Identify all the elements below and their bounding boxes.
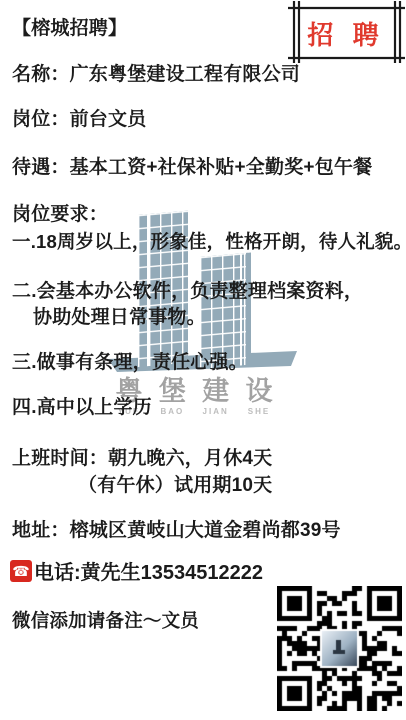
watermark-char-cell: 堡 BAO xyxy=(151,376,193,416)
company-line: 名称：广东粤堡建设工程有限公司 xyxy=(12,59,300,86)
phone-row: ☎ 电话: 黄先生13534512222 xyxy=(10,556,263,585)
requirement-line: 二.会基本办公软件，负责整理档案资料， xyxy=(12,276,363,303)
watermark-pinyin: JIAN xyxy=(195,407,237,416)
salary-line: 待遇：基本工资+社保补贴+全勤奖+包午餐 xyxy=(12,152,372,179)
address-line: 地址：榕城区黄岐山大道金碧尚都39号 xyxy=(12,515,341,542)
watermark-char: 堡 xyxy=(151,376,193,406)
wechat-note-line: 微信添加请备注～文员 xyxy=(12,607,199,633)
watermark-pinyin: SHE xyxy=(238,407,280,416)
watermark-char: 建 xyxy=(195,376,237,406)
requirements-title: 岗位要求： xyxy=(12,199,108,226)
recruitment-flyer: 粤 YUE 堡 BAO 建 JIAN 设 SHE 【榕城招聘】 xyxy=(0,0,406,720)
recruit-badge: 招 聘 xyxy=(286,0,406,64)
source-tag: 【榕城招聘】 xyxy=(12,13,127,40)
badge-label: 招 聘 xyxy=(286,15,406,52)
requirement-line: 三.做事有条理，责任心强。 xyxy=(12,347,248,374)
schedule-line-1: 上班时间：朝九晚六，月休4天 xyxy=(12,443,272,470)
phone-label: 电话: xyxy=(34,556,81,585)
watermark-char-cell: 设 SHE xyxy=(238,376,280,416)
phone-icon: ☎ xyxy=(10,560,32,582)
phone-number: 黄先生13534512222 xyxy=(81,556,263,585)
requirement-line: 一.18周岁以上，形象佳，性格开朗，待人礼貌。 xyxy=(12,228,406,254)
requirement-line: 四.高中以上学历 xyxy=(12,392,152,419)
watermark-pinyin: BAO xyxy=(151,407,193,416)
watermark-char-cell: 建 JIAN xyxy=(195,376,237,416)
requirement-line: 协助处理日常事物。 xyxy=(33,302,206,329)
schedule-line-2: （有午休）试用期10天 xyxy=(78,470,272,497)
watermark-char: 设 xyxy=(238,376,280,406)
position-line: 岗位：前台文员 xyxy=(12,104,146,131)
wechat-qr-code xyxy=(277,586,402,711)
